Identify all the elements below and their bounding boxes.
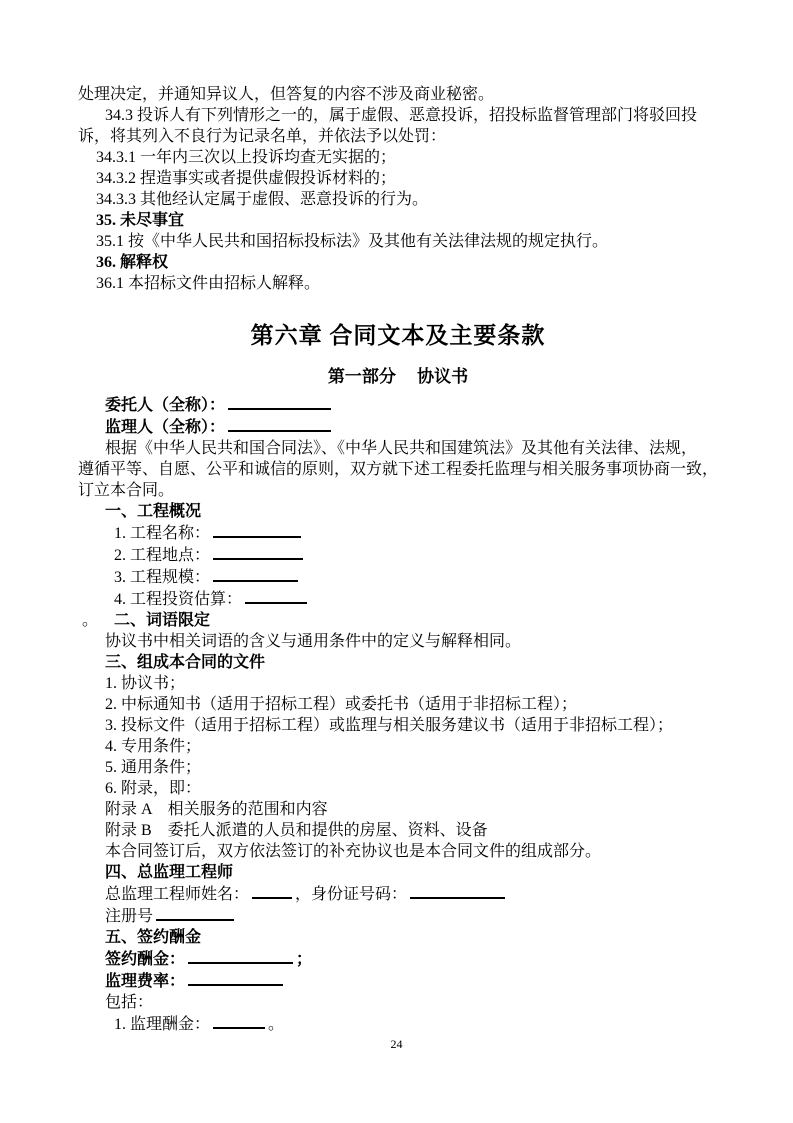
stray-period: 。 <box>82 610 98 631</box>
contract-fee-label: 签约酬金： <box>105 951 185 968</box>
contract-fee-blank <box>188 948 293 964</box>
section-3-note: 本合同签订后，双方依法签订的补充协议也是本合同文件的组成部分。 <box>78 841 718 862</box>
appendix-b-line: 附录 B 委托人派遣的人员和提供的房屋、资料、设备 <box>78 820 718 841</box>
chief-engineer-line: 总监理工程师姓名：，身份证号码： <box>78 883 718 905</box>
project-scale-line: 3. 工程规模： <box>78 566 718 588</box>
heading-36: 36. 解释权 <box>78 252 718 273</box>
document-body: 处理决定，并通知异议人，但答复的内容不涉及商业秘密。 34.3 投诉人有下列情形… <box>78 84 718 1035</box>
section-2-heading-line: 。 二、词语限定 <box>78 610 718 631</box>
preamble-line-1: 根据《中华人民共和国合同法》、《中华人民共和国建筑法》及其他有关法律、法规， <box>78 438 718 459</box>
include-label-line: 包括： <box>78 992 718 1013</box>
preamble-line-3: 订立本合同。 <box>78 480 718 501</box>
supervision-fee-suffix: 。 <box>268 1016 284 1033</box>
document-page: 处理决定，并通知异议人，但答复的内容不涉及商业秘密。 34.3 投诉人有下列情形… <box>0 0 793 1123</box>
client-label: 委托人（全称）： <box>105 397 225 414</box>
contract-fee-suffix: ； <box>296 951 312 968</box>
clause-34-3-1: 34.3.1 一年内三次以上投诉均查无实据的； <box>78 147 718 168</box>
section-3-heading: 三、组成本合同的文件 <box>78 652 718 673</box>
contract-fee-line: 签约酬金：； <box>78 948 718 970</box>
heading-35: 35. 未尽事宜 <box>78 210 718 231</box>
project-name-blank <box>213 522 301 538</box>
chief-engineer-name-blank <box>252 883 292 899</box>
supervision-rate-line: 监理费率： <box>78 970 718 992</box>
project-scale-label: 3. 工程规模： <box>114 569 210 586</box>
clause-34-3-3: 34.3.3 其他经认定属于虚假、恶意投诉的行为。 <box>78 189 718 210</box>
project-name-label: 1. 工程名称： <box>114 525 210 542</box>
supervision-rate-label: 监理费率： <box>105 973 185 990</box>
project-location-label: 2. 工程地点： <box>114 547 210 564</box>
project-location-line: 2. 工程地点： <box>78 544 718 566</box>
clause-36-1: 36.1 本招标文件由招标人解释。 <box>78 273 718 294</box>
clause-34-3-2: 34.3.2 捏造事实或者提供虚假投诉材料的； <box>78 168 718 189</box>
clause-34-3-line1: 34.3 投诉人有下列情形之一的，属于虚假、恶意投诉，招投标监督管理部门将驳回投 <box>78 105 718 126</box>
chief-engineer-id-label: ，身份证号码： <box>295 886 407 903</box>
preamble-line-2: 遵循平等、自愿、公平和诚信的原则，双方就下述工程委托监理与相关服务事项协商一致， <box>78 459 718 480</box>
clause-34-2-tail: 处理决定，并通知异议人，但答复的内容不涉及商业秘密。 <box>78 84 718 105</box>
supervisor-name-blank <box>228 416 331 432</box>
contract-doc-item-2: 2. 中标通知书（适用于招标工程）或委托书（适用于非招标工程）； <box>78 694 718 715</box>
chief-engineer-id-blank <box>410 883 505 899</box>
contract-doc-item-4: 4. 专用条件； <box>78 736 718 757</box>
page-number: 24 <box>0 1036 793 1052</box>
supervision-fee-line: 1. 监理酬金：。 <box>78 1013 718 1035</box>
registration-number-blank <box>156 905 234 921</box>
supervisor-label: 监理人（全称）： <box>105 419 225 436</box>
supervisor-name-line: 监理人（全称）： <box>78 416 718 438</box>
section-2-body: 协议书中相关词语的含义与通用条件中的定义与解释相同。 <box>78 631 718 652</box>
chief-engineer-name-label: 总监理工程师姓名： <box>105 886 249 903</box>
contract-doc-item-6: 6. 附录，即： <box>78 778 718 799</box>
section-2-heading: 二、词语限定 <box>114 612 210 629</box>
registration-number-line: 注册号 <box>78 905 718 927</box>
project-location-blank <box>213 544 303 560</box>
section-4-heading: 四、总监理工程师 <box>78 862 718 883</box>
clause-34-3-line2: 诉，将其列入不良行为记录名单，并依法予以处罚： <box>78 126 718 147</box>
client-name-blank <box>228 394 331 410</box>
contract-doc-item-5: 5. 通用条件； <box>78 757 718 778</box>
client-name-line: 委托人（全称）： <box>78 394 718 416</box>
supervision-rate-blank <box>188 970 283 986</box>
project-scale-blank <box>213 566 298 582</box>
contract-doc-item-3: 3. 投标文件（适用于招标工程）或监理与相关服务建议书（适用于非招标工程）； <box>78 715 718 736</box>
registration-number-label: 注册号 <box>105 908 153 925</box>
supervision-fee-blank <box>213 1013 265 1029</box>
section-5-heading: 五、签约酬金 <box>78 927 718 948</box>
contract-doc-item-1: 1. 协议书； <box>78 673 718 694</box>
project-investment-blank <box>245 588 307 604</box>
project-name-line: 1. 工程名称： <box>78 522 718 544</box>
clause-35-1: 35.1 按《中华人民共和国招标投标法》及其他有关法律法规的规定执行。 <box>78 231 718 252</box>
section-1-heading: 一、工程概况 <box>78 501 718 522</box>
project-investment-label: 4. 工程投资估算： <box>114 591 242 608</box>
chapter-title: 第六章 合同文本及主要条款 <box>78 320 718 352</box>
project-investment-line: 4. 工程投资估算： <box>78 588 718 610</box>
appendix-a-line: 附录 A 相关服务的范围和内容 <box>78 799 718 820</box>
part-title: 第一部分 协议书 <box>78 366 718 388</box>
supervision-fee-label: 1. 监理酬金： <box>114 1016 210 1033</box>
